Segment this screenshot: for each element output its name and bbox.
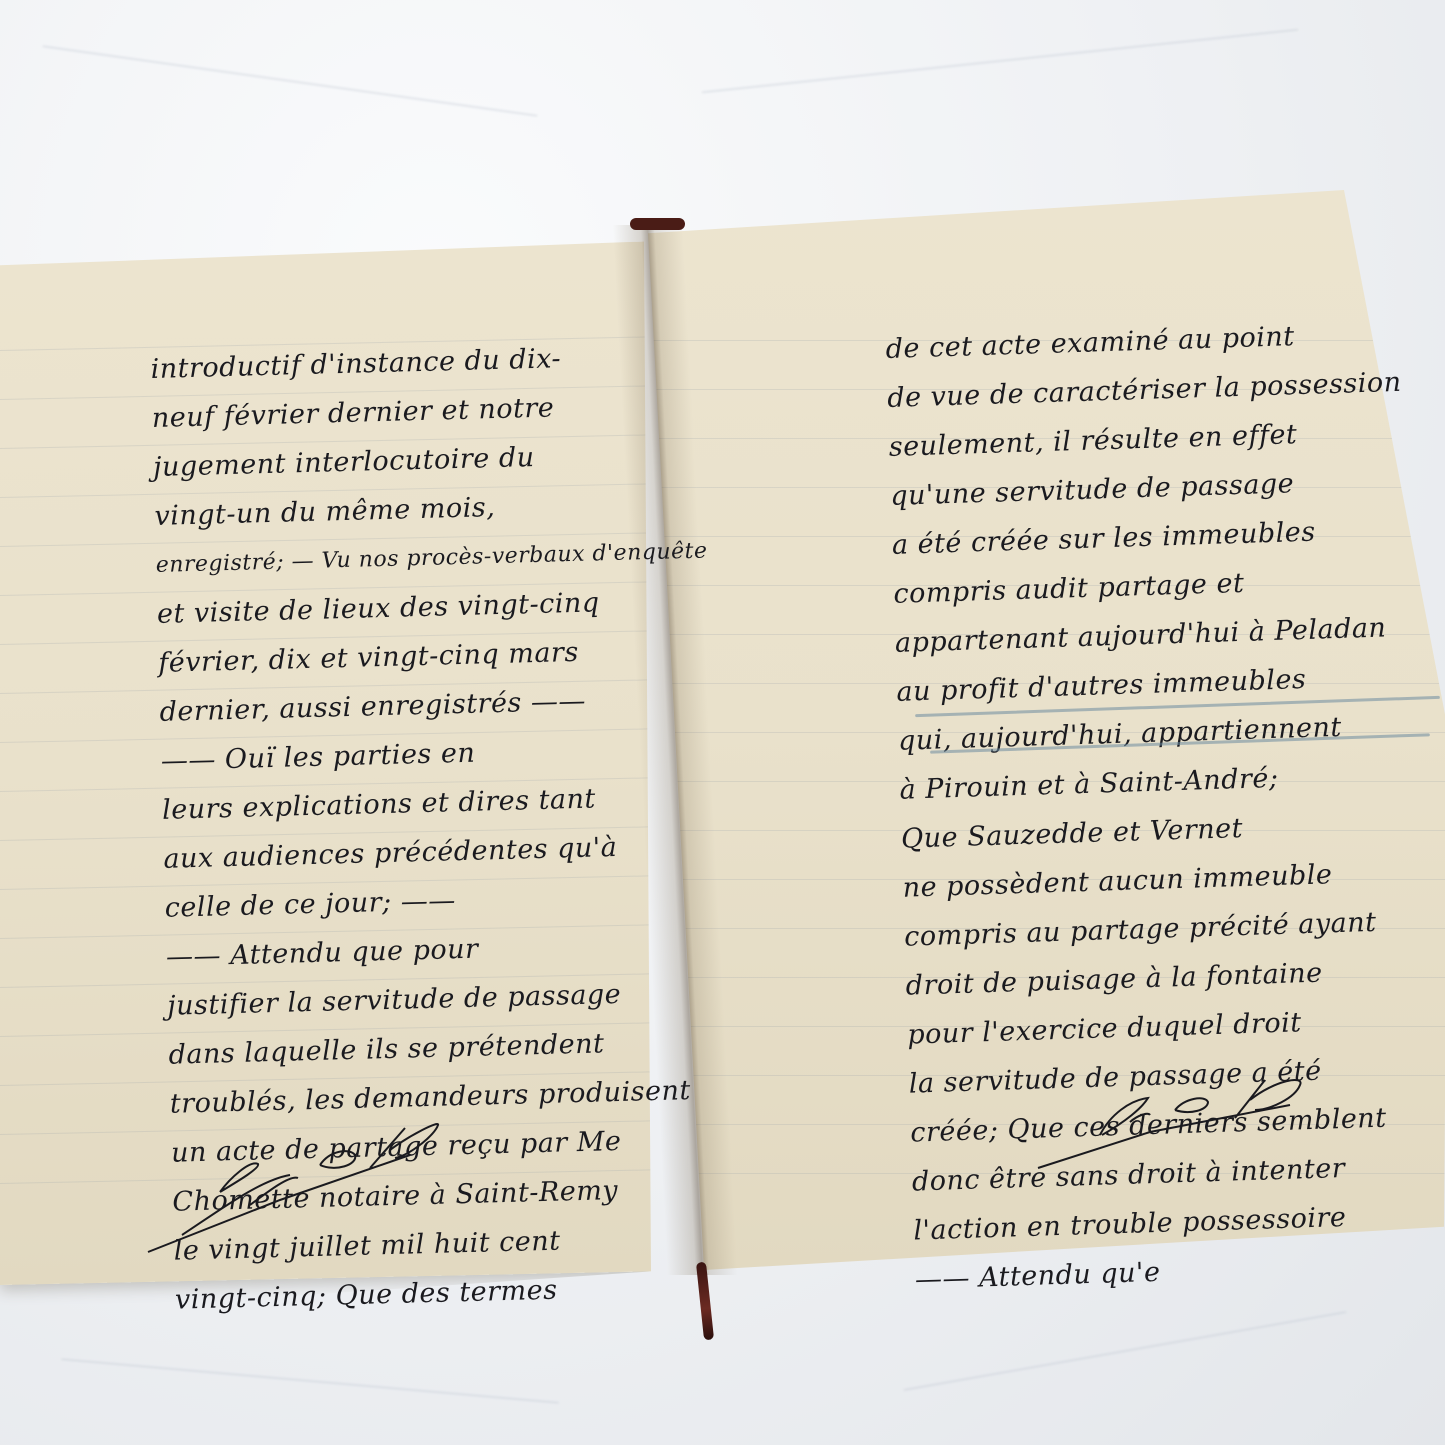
signature-paraph-right — [1030, 1060, 1320, 1180]
tissue-crease — [702, 29, 1299, 94]
tissue-crease — [42, 45, 537, 117]
binding-thread-top — [630, 218, 685, 230]
tissue-crease — [61, 1358, 559, 1404]
tissue-crease — [903, 1311, 1347, 1391]
signature-paraph-left — [140, 1100, 460, 1270]
